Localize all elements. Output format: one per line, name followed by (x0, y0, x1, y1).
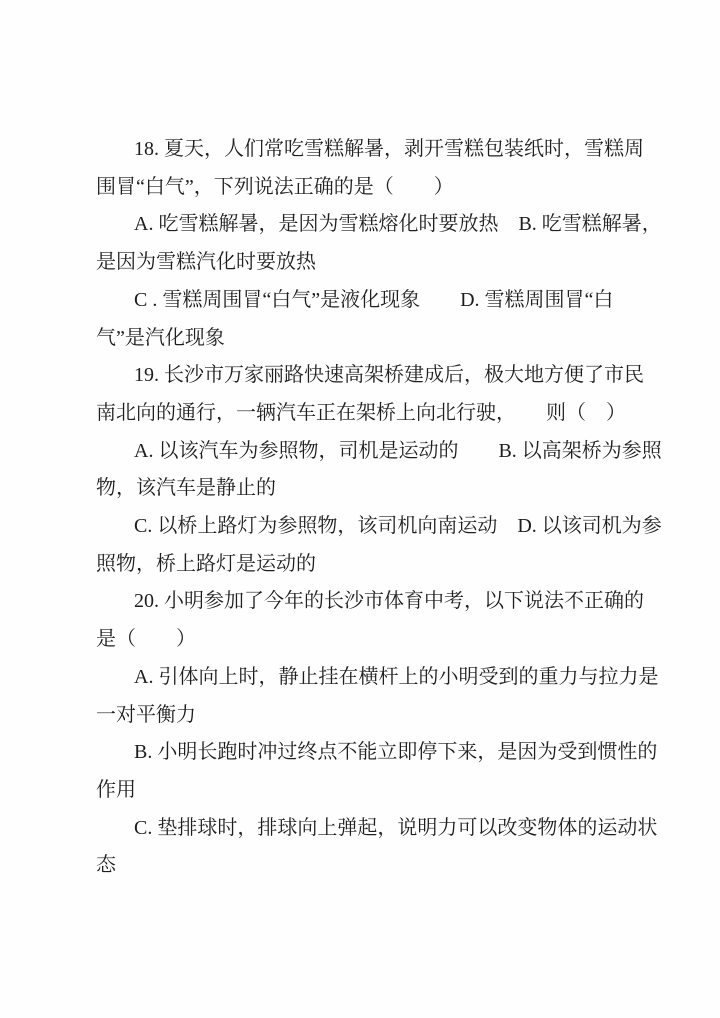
question-20-option-a-line-1: A. 引体向上时，静止挂在横杆上的小明受到的重力与拉力是 (96, 659, 628, 697)
exam-paper-page: 18. 夏天，人们常吃雪糕解暑，剥开雪糕包装纸时，雪糕周 围冒“白气”，下列说法… (0, 0, 720, 1018)
question-19-options-cd-line-1: C. 以桥上路灯为参照物，该司机向南运动 D. 以该司机为参 (96, 508, 628, 546)
question-20: 20. 小明参加了今年的长沙市体育中考，以下说法不正确的 是（ ） A. 引体向… (96, 583, 628, 885)
question-19-stem-line-2: 南北向的通行，一辆汽车正在架桥上向北行驶， 则（ ） (96, 395, 628, 433)
question-18-options-ab-line-1: A. 吃雪糕解暑，是因为雪糕熔化时要放热 B. 吃雪糕解暑， (96, 206, 628, 244)
question-19-options-cd-line-2: 照物，桥上路灯是运动的 (96, 546, 628, 584)
question-18-options-cd-line-1: C . 雪糕周围冒“白气”是液化现象 D. 雪糕周围冒“白 (96, 282, 628, 320)
question-20-stem-line-2: 是（ ） (96, 621, 628, 659)
question-18-stem-line-2: 围冒“白气”，下列说法正确的是（ ） (96, 169, 628, 207)
question-19-stem-line-1: 19. 长沙市万家丽路快速高架桥建成后，极大地方便了市民 (96, 357, 628, 395)
question-19-options-ab-line-1: A. 以该汽车为参照物，司机是运动的 B. 以高架桥为参照 (96, 433, 628, 471)
question-18-options-ab-line-2: 是因为雪糕汽化时要放热 (96, 244, 628, 282)
question-20-option-c-line-1: C. 垫排球时，排球向上弹起，说明力可以改变物体的运动状 (96, 810, 628, 848)
question-19: 19. 长沙市万家丽路快速高架桥建成后，极大地方便了市民 南北向的通行，一辆汽车… (96, 357, 628, 583)
question-18-options-cd-line-2: 气”是汽化现象 (96, 320, 628, 358)
question-20-option-b-line-1: B. 小明长跑时冲过终点不能立即停下来，是因为受到惯性的 (96, 734, 628, 772)
question-20-option-a-line-2: 一对平衡力 (96, 697, 628, 735)
question-20-option-c-line-2: 态 (96, 847, 628, 885)
question-20-option-b-line-2: 作用 (96, 772, 628, 810)
question-19-options-ab-line-2: 物，该汽车是静止的 (96, 470, 628, 508)
exam-text-block: 18. 夏天，人们常吃雪糕解暑，剥开雪糕包装纸时，雪糕周 围冒“白气”，下列说法… (96, 131, 628, 885)
question-18-stem-line-1: 18. 夏天，人们常吃雪糕解暑，剥开雪糕包装纸时，雪糕周 (96, 131, 628, 169)
question-20-stem-line-1: 20. 小明参加了今年的长沙市体育中考，以下说法不正确的 (96, 583, 628, 621)
question-18: 18. 夏天，人们常吃雪糕解暑，剥开雪糕包装纸时，雪糕周 围冒“白气”，下列说法… (96, 131, 628, 357)
